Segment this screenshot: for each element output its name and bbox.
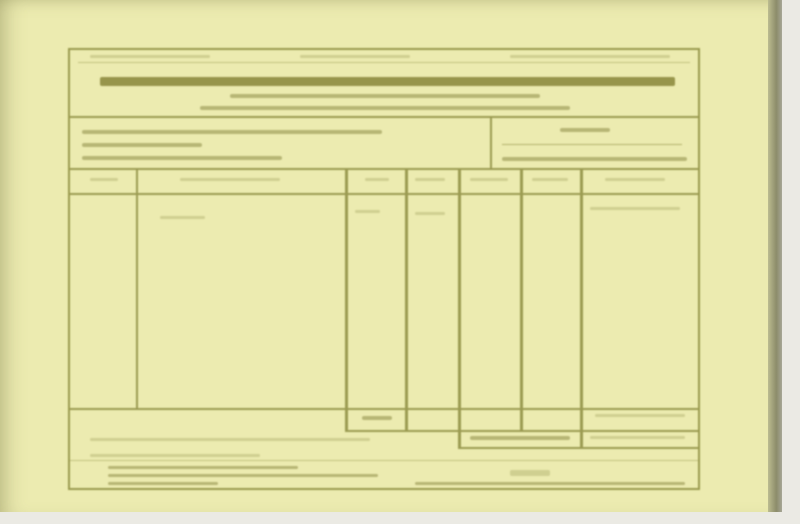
table-body-mark-2 [355,210,380,213]
table-col-divider-5 [520,170,523,430]
footer-note-3 [108,482,218,485]
footer-top-rule [70,460,698,461]
info-left-row-1 [82,130,382,134]
header-top-line [90,55,210,58]
table-body-bottom-rule [70,408,698,410]
info-bottom-rule [70,168,698,170]
paper-edge-shadow [768,0,782,512]
table-col-divider-2 [345,170,348,430]
info-divider [490,118,492,168]
header-top-mid [300,55,410,58]
info-right-row-1 [560,128,610,132]
document-subtitle-2 [200,106,570,110]
table-header-col-6 [532,178,568,181]
table-header-rule [70,193,698,195]
subtotal-value [595,414,685,417]
document-title [100,77,675,86]
grand-total-bottom-rule [458,447,698,449]
footer-note-1 [108,466,298,469]
info-right-rule [502,144,682,145]
table-col-divider-6 [580,170,583,448]
grand-total-label [470,436,570,440]
authorized-signatory [415,482,685,485]
signature-mark [510,470,550,476]
table-col-divider-3 [405,170,408,430]
table-header-col-5 [470,178,508,181]
table-body-mark-3 [415,212,445,215]
subtotal-label [362,416,392,420]
table-col-divider-1 [136,170,138,408]
table-body-mark-1 [160,216,205,219]
info-right-row-2 [502,157,687,161]
info-left-row-3 [82,156,282,160]
grand-total-value [590,436,685,439]
table-header-col-3 [365,178,389,181]
table-header-col-2 [180,178,280,181]
invoice-form [68,48,700,490]
table-body-mark-4 [590,207,680,210]
table-header-col-1 [90,178,118,181]
document-subtitle-1 [230,94,540,98]
table-header-col-7 [605,178,665,181]
table-col-divider-4 [458,170,461,448]
footer-note-2 [108,474,378,477]
footer-line-1 [90,454,260,457]
header-separator [70,116,698,118]
table-header-col-4 [415,178,445,181]
header-top-rule [78,62,690,63]
header-top-right [510,55,670,58]
info-left-row-2 [82,143,202,147]
amount-in-words [90,438,370,441]
subtotal-bottom-rule [345,430,698,432]
